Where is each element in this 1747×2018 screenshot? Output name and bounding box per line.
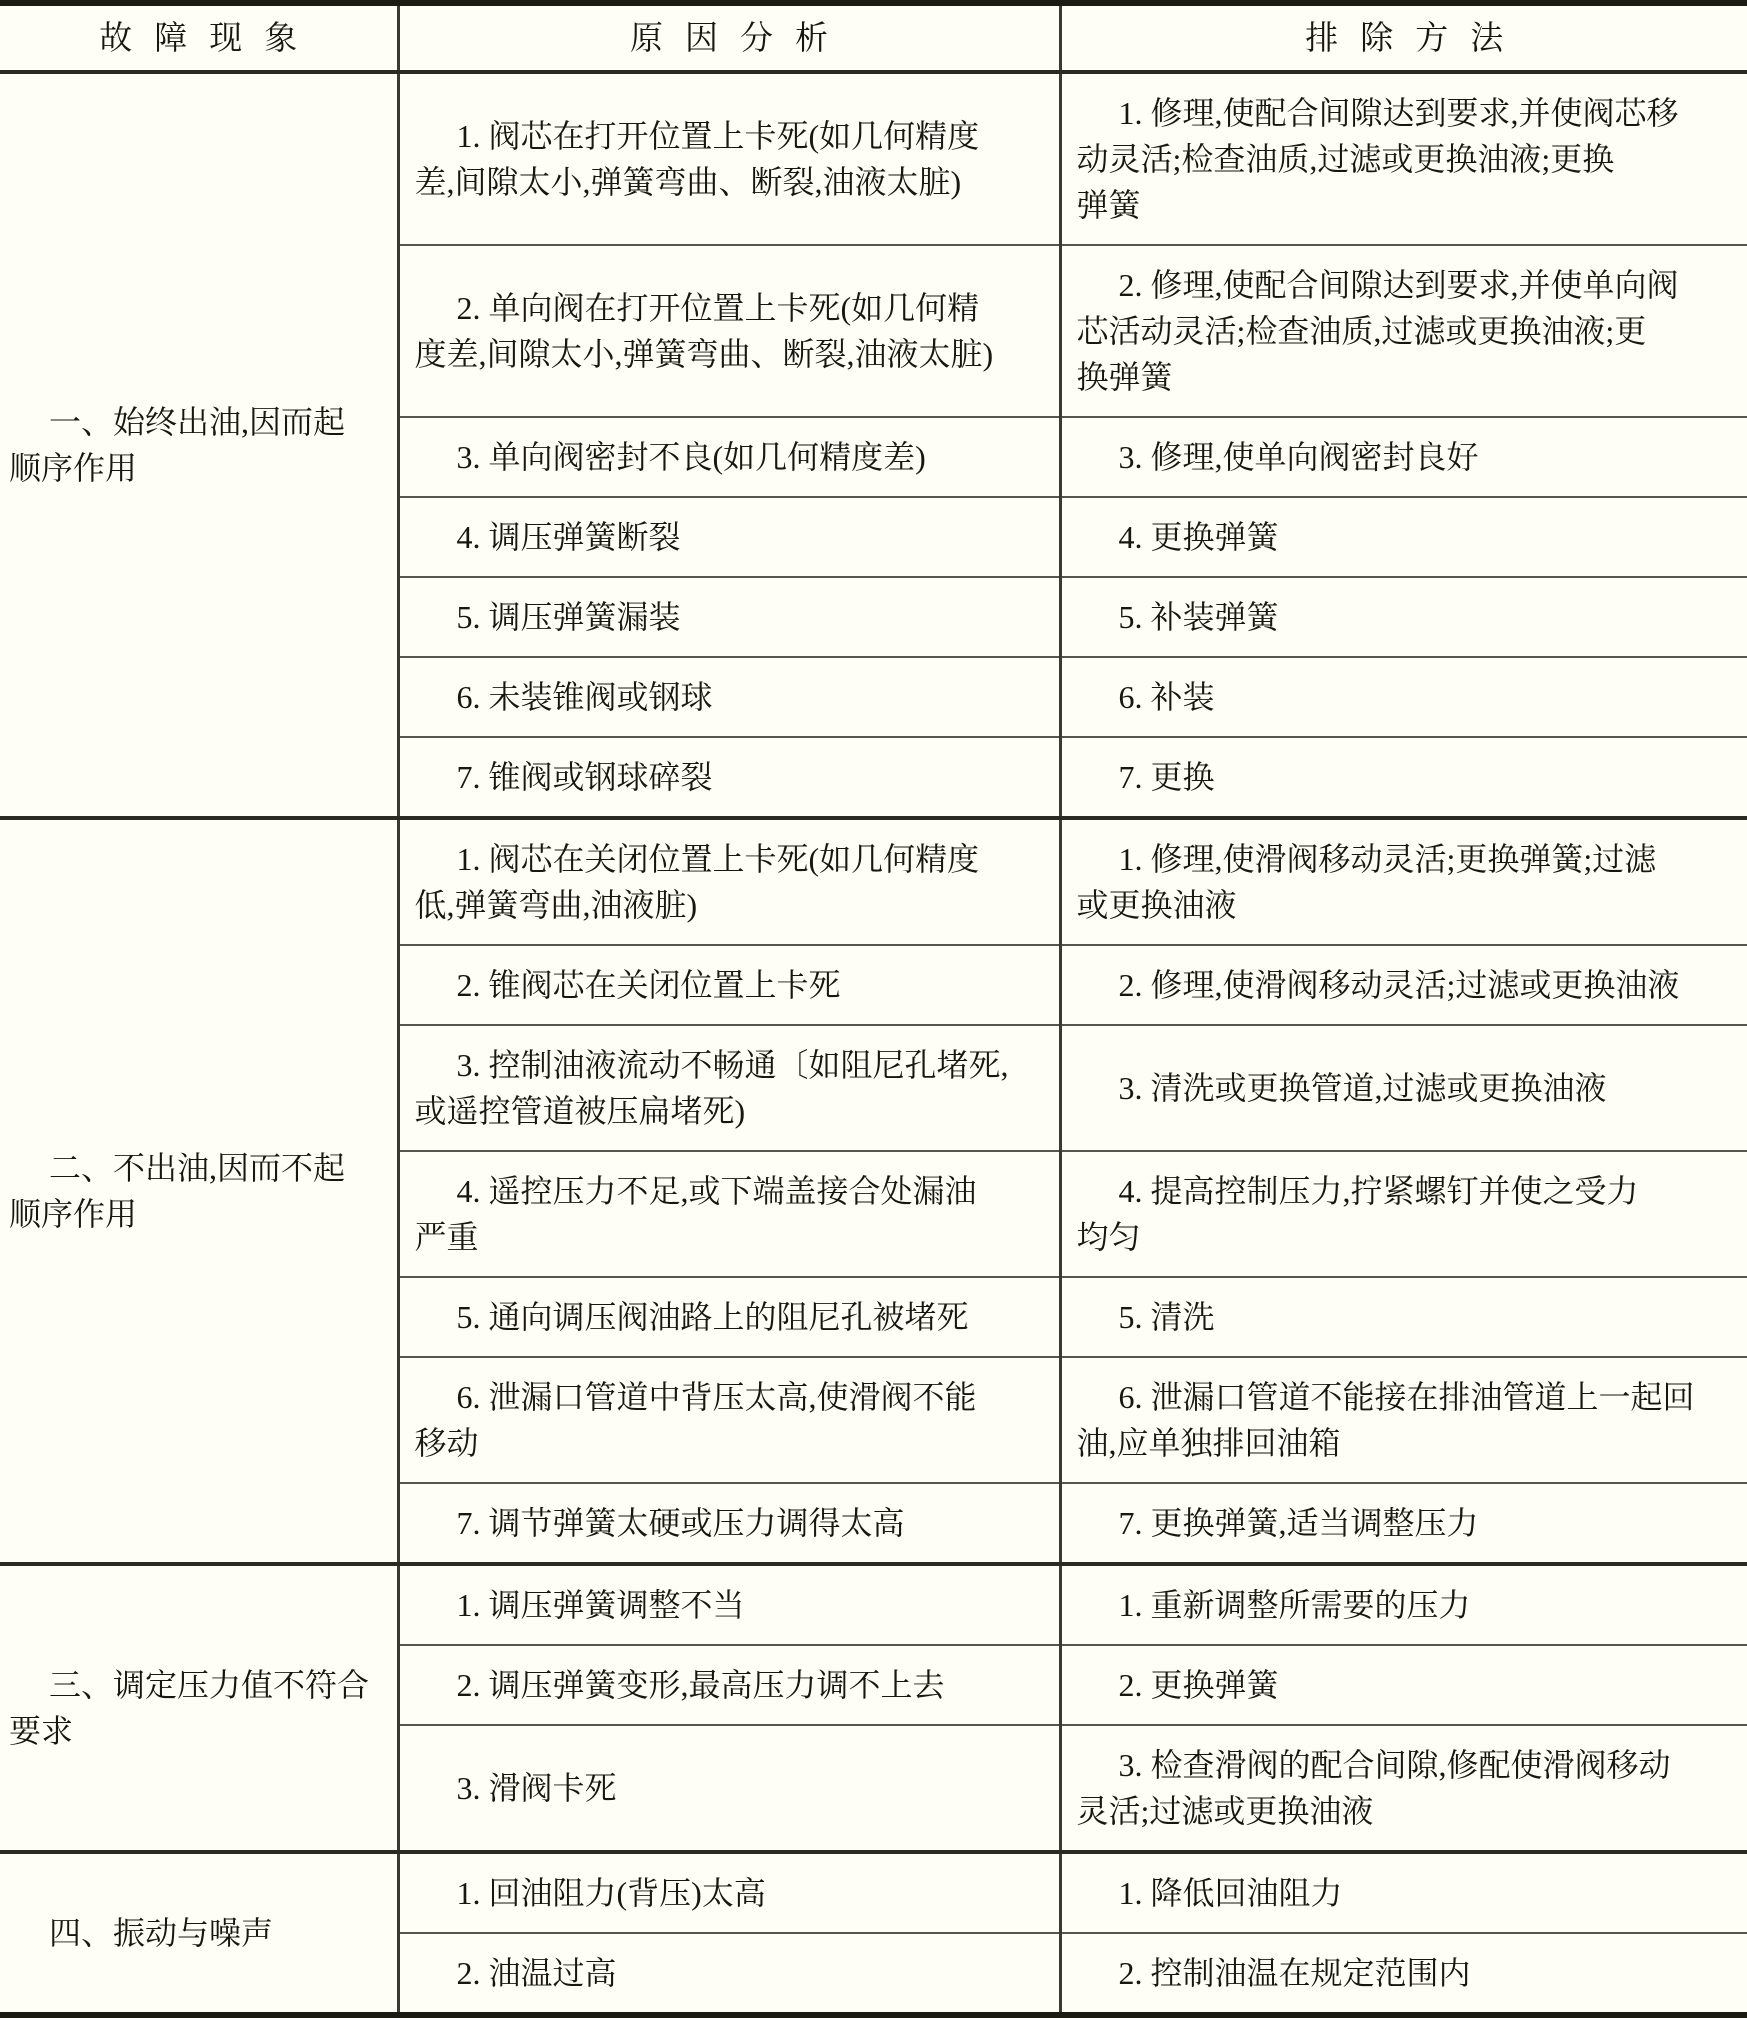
cause-cell: 2. 锥阀芯在关闭位置上卡死 [398,945,1060,1025]
remedy-text: 1. 重新调整所需要的压力 [1063,1567,1747,1643]
fault-phenomenon-cell: 三、调定压力值不符合 要求 [0,1564,398,1852]
cause-cell: 2. 单向阀在打开位置上卡死(如几何精 度差,间隙太小,弹簧弯曲、断裂,油液太脏… [398,245,1060,417]
table-header: 故障现象 原因分析 排除方法 [0,3,1747,72]
table-row: 四、振动与噪声1. 回油阻力(背压)太高1. 降低回油阻力 [0,1852,1747,1933]
fault-phenomenon-cell: 四、振动与噪声 [0,1852,398,2015]
cause-cell: 1. 回油阻力(背压)太高 [398,1852,1060,1933]
remedy-text: 1. 修理,使配合间隙达到要求,并使阀芯移 动灵活;检查油质,过滤或更换油液;更… [1063,75,1747,243]
cause-text: 2. 单向阀在打开位置上卡死(如几何精 度差,间隙太小,弹簧弯曲、断裂,油液太脏… [401,270,1058,392]
cause-text: 2. 锥阀芯在关闭位置上卡死 [401,947,1058,1023]
remedy-cell: 1. 修理,使配合间隙达到要求,并使阀芯移 动灵活;检查油质,过滤或更换油液;更… [1060,72,1747,245]
remedy-cell: 5. 清洗 [1060,1277,1747,1357]
remedy-cell: 5. 补装弹簧 [1060,577,1747,657]
remedy-text: 2. 控制油温在规定范围内 [1063,1935,1747,2011]
cause-cell: 6. 泄漏口管道中背压太高,使滑阀不能 移动 [398,1357,1060,1483]
remedy-text: 5. 补装弹簧 [1063,579,1747,655]
cause-cell: 3. 单向阀密封不良(如几何精度差) [398,417,1060,497]
remedy-text: 3. 修理,使单向阀密封良好 [1063,419,1747,495]
cause-text: 3. 滑阀卡死 [401,1750,1058,1826]
remedy-cell: 6. 补装 [1060,657,1747,737]
remedy-text: 4. 更换弹簧 [1063,499,1747,575]
remedy-cell: 3. 修理,使单向阀密封良好 [1060,417,1747,497]
remedy-cell: 1. 降低回油阻力 [1060,1852,1747,1933]
fault-phenomenon-cell: 一、始终出油,因而起 顺序作用 [0,72,398,818]
remedy-text: 7. 更换 [1063,739,1747,815]
document-page: 故障现象 原因分析 排除方法 一、始终出油,因而起 顺序作用1. 阀芯在打开位置… [0,0,1747,2018]
remedy-cell: 4. 提高控制压力,拧紧螺钉并使之受力 均匀 [1060,1151,1747,1277]
remedy-text: 3. 清洗或更换管道,过滤或更换油液 [1063,1050,1747,1126]
remedy-cell: 2. 控制油温在规定范围内 [1060,1933,1747,2015]
remedy-text: 6. 补装 [1063,659,1747,735]
remedy-text: 2. 修理,使配合间隙达到要求,并使单向阀 芯活动灵活;检查油质,过滤或更换油液… [1063,247,1747,415]
cause-cell: 5. 调压弹簧漏装 [398,577,1060,657]
remedy-cell: 2. 修理,使滑阀移动灵活;过滤或更换油液 [1060,945,1747,1025]
remedy-text: 4. 提高控制压力,拧紧螺钉并使之受力 均匀 [1063,1153,1747,1275]
remedy-text: 2. 修理,使滑阀移动灵活;过滤或更换油液 [1063,947,1747,1023]
remedy-text: 6. 泄漏口管道不能接在排油管道上一起回 油,应单独排回油箱 [1063,1359,1747,1481]
cause-cell: 4. 遥控压力不足,或下端盖接合处漏油 严重 [398,1151,1060,1277]
cause-cell: 2. 调压弹簧变形,最高压力调不上去 [398,1645,1060,1725]
cause-text: 5. 调压弹簧漏装 [401,579,1058,655]
cause-text: 4. 调压弹簧断裂 [401,499,1058,575]
cause-cell: 3. 控制油液流动不畅通〔如阻尼孔堵死, 或遥控管道被压扁堵死) [398,1025,1060,1151]
remedy-text: 2. 更换弹簧 [1063,1647,1747,1723]
fault-phenomenon-text: 四、振动与噪声 [1,1904,396,1962]
fault-phenomenon-text: 一、始终出油,因而起 顺序作用 [1,393,396,497]
cause-text: 3. 单向阀密封不良(如几何精度差) [401,419,1058,495]
column-header-remedy-method: 排除方法 [1060,3,1747,72]
remedy-text: 7. 更换弹簧,适当调整压力 [1063,1485,1747,1561]
cause-text: 7. 调节弹簧太硬或压力调得太高 [401,1485,1058,1561]
cause-cell: 1. 调压弹簧调整不当 [398,1564,1060,1645]
cause-cell: 6. 未装锥阀或钢球 [398,657,1060,737]
column-header-cause-analysis: 原因分析 [398,3,1060,72]
table-body: 一、始终出油,因而起 顺序作用1. 阀芯在打开位置上卡死(如几何精度 差,间隙太… [0,72,1747,2015]
column-header-fault-phenomenon: 故障现象 [0,3,398,72]
cause-text: 6. 泄漏口管道中背压太高,使滑阀不能 移动 [401,1359,1058,1481]
remedy-text: 1. 修理,使滑阀移动灵活;更换弹簧;过滤 或更换油液 [1063,821,1747,943]
cause-text: 4. 遥控压力不足,或下端盖接合处漏油 严重 [401,1153,1058,1275]
fault-phenomenon-text: 二、不出油,因而不起 顺序作用 [1,1139,396,1243]
fault-phenomenon-cell: 二、不出油,因而不起 顺序作用 [0,818,398,1564]
header-row: 故障现象 原因分析 排除方法 [0,3,1747,72]
cause-text: 7. 锥阀或钢球碎裂 [401,739,1058,815]
cause-text: 2. 调压弹簧变形,最高压力调不上去 [401,1647,1058,1723]
remedy-text: 5. 清洗 [1063,1279,1747,1355]
remedy-cell: 2. 更换弹簧 [1060,1645,1747,1725]
fault-diagnosis-table: 故障现象 原因分析 排除方法 一、始终出油,因而起 顺序作用1. 阀芯在打开位置… [0,0,1747,2018]
cause-text: 6. 未装锥阀或钢球 [401,659,1058,735]
cause-cell: 1. 阀芯在打开位置上卡死(如几何精度 差,间隙太小,弹簧弯曲、断裂,油液太脏) [398,72,1060,245]
cause-cell: 2. 油温过高 [398,1933,1060,2015]
cause-cell: 1. 阀芯在关闭位置上卡死(如几何精度 低,弹簧弯曲,油液脏) [398,818,1060,945]
remedy-cell: 7. 更换弹簧,适当调整压力 [1060,1483,1747,1564]
table-row: 三、调定压力值不符合 要求1. 调压弹簧调整不当1. 重新调整所需要的压力 [0,1564,1747,1645]
cause-text: 1. 阀芯在打开位置上卡死(如几何精度 差,间隙太小,弹簧弯曲、断裂,油液太脏) [401,98,1058,220]
remedy-cell: 1. 重新调整所需要的压力 [1060,1564,1747,1645]
remedy-cell: 7. 更换 [1060,737,1747,818]
cause-cell: 7. 调节弹簧太硬或压力调得太高 [398,1483,1060,1564]
remedy-cell: 6. 泄漏口管道不能接在排油管道上一起回 油,应单独排回油箱 [1060,1357,1747,1483]
cause-cell: 7. 锥阀或钢球碎裂 [398,737,1060,818]
table-row: 二、不出油,因而不起 顺序作用1. 阀芯在关闭位置上卡死(如几何精度 低,弹簧弯… [0,818,1747,945]
cause-cell: 5. 通向调压阀油路上的阻尼孔被堵死 [398,1277,1060,1357]
remedy-cell: 3. 检查滑阀的配合间隙,修配使滑阀移动 灵活;过滤或更换油液 [1060,1725,1747,1852]
remedy-text: 1. 降低回油阻力 [1063,1855,1747,1931]
cause-cell: 4. 调压弹簧断裂 [398,497,1060,577]
cause-text: 1. 阀芯在关闭位置上卡死(如几何精度 低,弹簧弯曲,油液脏) [401,821,1058,943]
cause-text: 1. 回油阻力(背压)太高 [401,1855,1058,1931]
remedy-cell: 1. 修理,使滑阀移动灵活;更换弹簧;过滤 或更换油液 [1060,818,1747,945]
cause-text: 5. 通向调压阀油路上的阻尼孔被堵死 [401,1279,1058,1355]
remedy-text: 3. 检查滑阀的配合间隙,修配使滑阀移动 灵活;过滤或更换油液 [1063,1727,1747,1849]
remedy-cell: 2. 修理,使配合间隙达到要求,并使单向阀 芯活动灵活;检查油质,过滤或更换油液… [1060,245,1747,417]
cause-text: 1. 调压弹簧调整不当 [401,1567,1058,1643]
remedy-cell: 3. 清洗或更换管道,过滤或更换油液 [1060,1025,1747,1151]
table-row: 一、始终出油,因而起 顺序作用1. 阀芯在打开位置上卡死(如几何精度 差,间隙太… [0,72,1747,245]
cause-cell: 3. 滑阀卡死 [398,1725,1060,1852]
remedy-cell: 4. 更换弹簧 [1060,497,1747,577]
cause-text: 3. 控制油液流动不畅通〔如阻尼孔堵死, 或遥控管道被压扁堵死) [401,1027,1058,1149]
cause-text: 2. 油温过高 [401,1935,1058,2011]
fault-phenomenon-text: 三、调定压力值不符合 要求 [1,1656,396,1760]
